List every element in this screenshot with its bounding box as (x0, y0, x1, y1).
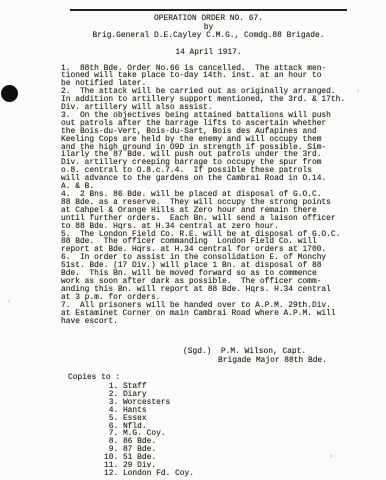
body-line: will advance to the gardens on the Cambr… (61, 175, 361, 183)
copies-label: Copies to : (68, 374, 120, 382)
punch-hole (1, 85, 18, 102)
order-author: Brig.General D.E.Cayley C.M.G., Comdg.88… (70, 32, 347, 40)
signature-role: Brigade Major 88th Bde. (218, 357, 327, 366)
order-date: 14 April 1917. (70, 49, 347, 57)
paper-speck (8, 300, 10, 302)
order-title: OPERATION ORDER NO. 67. (70, 15, 347, 23)
copies-list-item: 12. London Fd. Coy. (104, 470, 194, 478)
signature-block: (Sgd.) P.M. Wilson, Capt. Brigade Major … (183, 348, 327, 365)
copies-list: 1. Staff2. Diary3. Worcesters4. Hants5. … (104, 383, 194, 478)
paper-speck (330, 455, 332, 457)
order-body-text: 1. 88th Bde. Order No.66 is cancelled. T… (61, 65, 361, 326)
copies-item-label: London Fd. Coy. (118, 469, 194, 478)
copies-item-number: 12. (104, 470, 118, 478)
body-line: have escort. (61, 318, 361, 326)
paper-speck (357, 90, 359, 92)
header-rule (70, 9, 347, 11)
document-page: OPERATION ORDER NO. 67. by Brig.General … (0, 0, 386, 480)
